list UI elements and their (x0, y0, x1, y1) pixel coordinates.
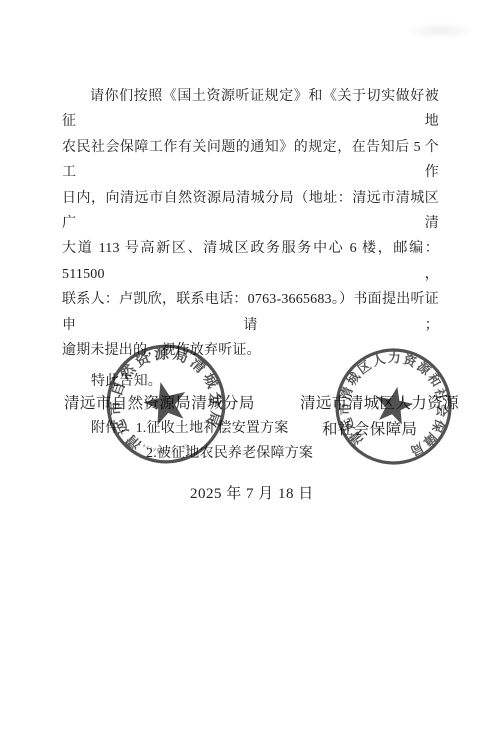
seal-star-icon (372, 383, 416, 426)
right-official-seal: 清远市清城区人力资源和社会保障局 (323, 336, 465, 478)
notice-line: 联系人：卢凯欣，联系电话：0763-3665683。）书面提出听证申请； (62, 287, 439, 338)
scan-artifact (408, 24, 472, 38)
notice-line: 农民社会保障工作有关问题的通知》的规定，在告知后 5 个工作 (62, 135, 439, 186)
document-page: 请你们按照《国土资源听证规定》和《关于切实做好被征地 农民社会保障工作有关问题的… (0, 0, 500, 735)
issue-date: 2025 年 7 月 18 日 (190, 482, 314, 503)
seal-star-icon (140, 377, 192, 427)
seal-code: 4419022017748 (140, 433, 191, 462)
notice-line: 大道 113 号高新区、清城区政务服务中心 6 楼，邮编：511500， (62, 236, 439, 287)
notice-line: 日内，向清远市自然资源局清城分局（地址：清远市清城区广清 (62, 186, 439, 237)
notice-line: 请你们按照《国土资源听证规定》和《关于切实做好被征地 (62, 84, 439, 135)
